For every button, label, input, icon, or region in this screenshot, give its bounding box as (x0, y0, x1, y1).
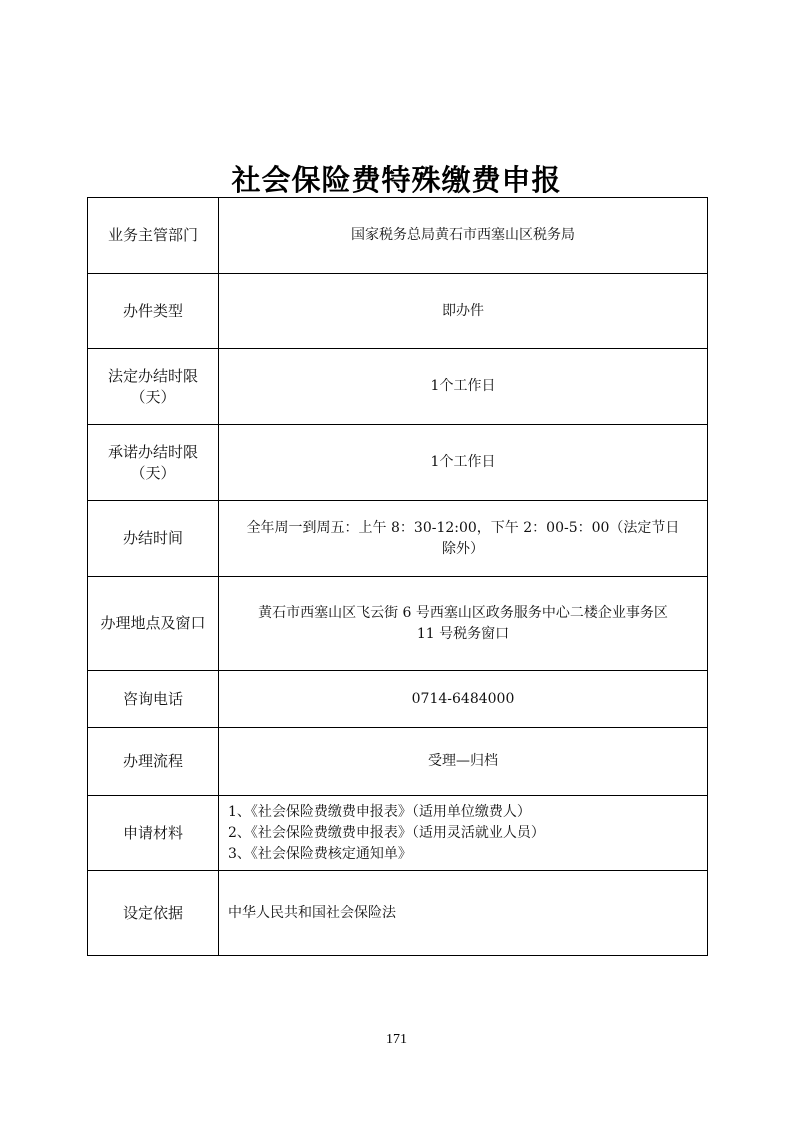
material-item: 2、《社会保险费缴费申报表》（适用灵活就业人员） (228, 823, 701, 844)
value-line-2: 除外） (225, 539, 701, 560)
row-label: 申请材料 (88, 796, 219, 871)
table-row-legal-time-limit: 法定办结时限 （天） 1个工作日 (88, 349, 708, 425)
row-value: 1个工作日 (219, 349, 708, 425)
row-label: 办件类型 (88, 274, 219, 349)
row-value: 1个工作日 (219, 425, 708, 501)
row-label: 办理流程 (88, 728, 219, 796)
table-row-process: 办理流程 受理—归档 (88, 728, 708, 796)
row-value: 中华人民共和国社会保险法 (219, 871, 708, 956)
table-row-office-hours: 办结时间 全年周一到周五：上午 8：30-12:00，下午 2：00-5：00（… (88, 501, 708, 577)
label-line-1: 承诺办结时限 (94, 442, 212, 463)
row-value: 0714-6484000 (219, 671, 708, 728)
row-value: 1、《社会保险费缴费申报表》（适用单位缴费人） 2、《社会保险费缴费申报表》（适… (219, 796, 708, 871)
row-label: 承诺办结时限 （天） (88, 425, 219, 501)
table-row-phone: 咨询电话 0714-6484000 (88, 671, 708, 728)
material-item: 3、《社会保险费核定通知单》 (228, 844, 701, 865)
table-row-case-type: 办件类型 即办件 (88, 274, 708, 349)
service-info-table: 业务主管部门 国家税务总局黄石市西塞山区税务局 办件类型 即办件 法定办结时限 … (87, 197, 708, 956)
value-line-1: 黄石市西塞山区飞云街 6 号西塞山区政务服务中心二楼企业事务区 (225, 603, 701, 624)
row-label: 办理地点及窗口 (88, 577, 219, 671)
row-label: 办结时间 (88, 501, 219, 577)
row-label: 法定办结时限 （天） (88, 349, 219, 425)
row-value: 国家税务总局黄石市西塞山区税务局 (219, 198, 708, 274)
page-number: 171 (0, 1032, 793, 1048)
table-row-department: 业务主管部门 国家税务总局黄石市西塞山区税务局 (88, 198, 708, 274)
value-line-1: 全年周一到周五：上午 8：30-12:00，下午 2：00-5：00（法定节日 (225, 518, 701, 539)
row-label: 咨询电话 (88, 671, 219, 728)
row-value: 受理—归档 (219, 728, 708, 796)
table-row-materials: 申请材料 1、《社会保险费缴费申报表》（适用单位缴费人） 2、《社会保险费缴费申… (88, 796, 708, 871)
table-row-location: 办理地点及窗口 黄石市西塞山区飞云街 6 号西塞山区政务服务中心二楼企业事务区 … (88, 577, 708, 671)
row-value: 全年周一到周五：上午 8：30-12:00，下午 2：00-5：00（法定节日 … (219, 501, 708, 577)
document-title: 社会保险费特殊缴费申报 (0, 158, 793, 199)
label-line-1: 法定办结时限 (94, 366, 212, 387)
table-row-promised-time-limit: 承诺办结时限 （天） 1个工作日 (88, 425, 708, 501)
row-label: 业务主管部门 (88, 198, 219, 274)
material-item: 1、《社会保险费缴费申报表》（适用单位缴费人） (228, 802, 701, 823)
row-value: 即办件 (219, 274, 708, 349)
value-line-2: 11 号税务窗口 (225, 624, 701, 645)
label-line-2: （天） (94, 387, 212, 408)
row-value: 黄石市西塞山区飞云街 6 号西塞山区政务服务中心二楼企业事务区 11 号税务窗口 (219, 577, 708, 671)
table-row-legal-basis: 设定依据 中华人民共和国社会保险法 (88, 871, 708, 956)
label-line-2: （天） (94, 463, 212, 484)
row-label: 设定依据 (88, 871, 219, 956)
